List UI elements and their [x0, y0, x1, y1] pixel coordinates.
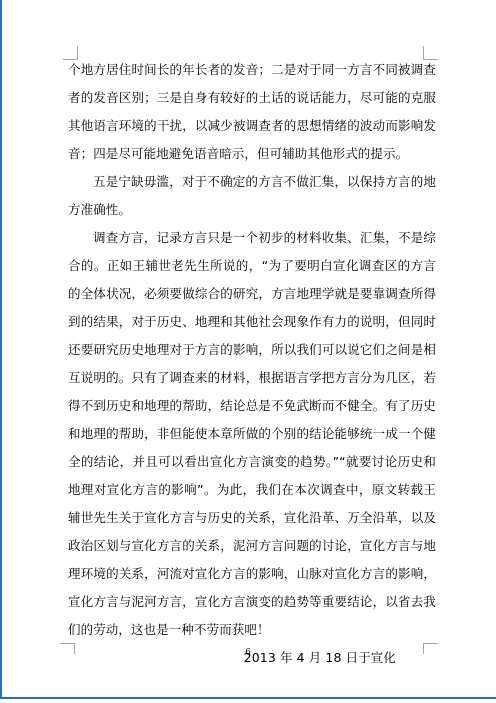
document-page: { "page": { "background_color": "#ffffff…: [0, 0, 496, 703]
document-text-area: 个地方居住时间长的年长者的发音；二是对于同一方言不同被调查者的发音区别；三是自身…: [68, 56, 436, 672]
window-border-left: [0, 0, 2, 699]
paragraph-fifth-principle: 五是宁缺毋滥，对于不确定的方言不做汇集，以保持方言的地方准确性。: [68, 168, 436, 224]
paragraph-survey-principles-continued: 个地方居住时间长的年长者的发音；二是对于同一方言不同被调查者的发音区别；三是自身…: [68, 56, 436, 168]
window-border-bottom: [0, 697, 496, 699]
paragraph-comprehensive-research: 调查方言，记录方言只是一个初步的材料收集、汇集，不是综合的。正如王辅世老先生所说…: [68, 224, 436, 644]
page-number: 6: [0, 646, 496, 660]
